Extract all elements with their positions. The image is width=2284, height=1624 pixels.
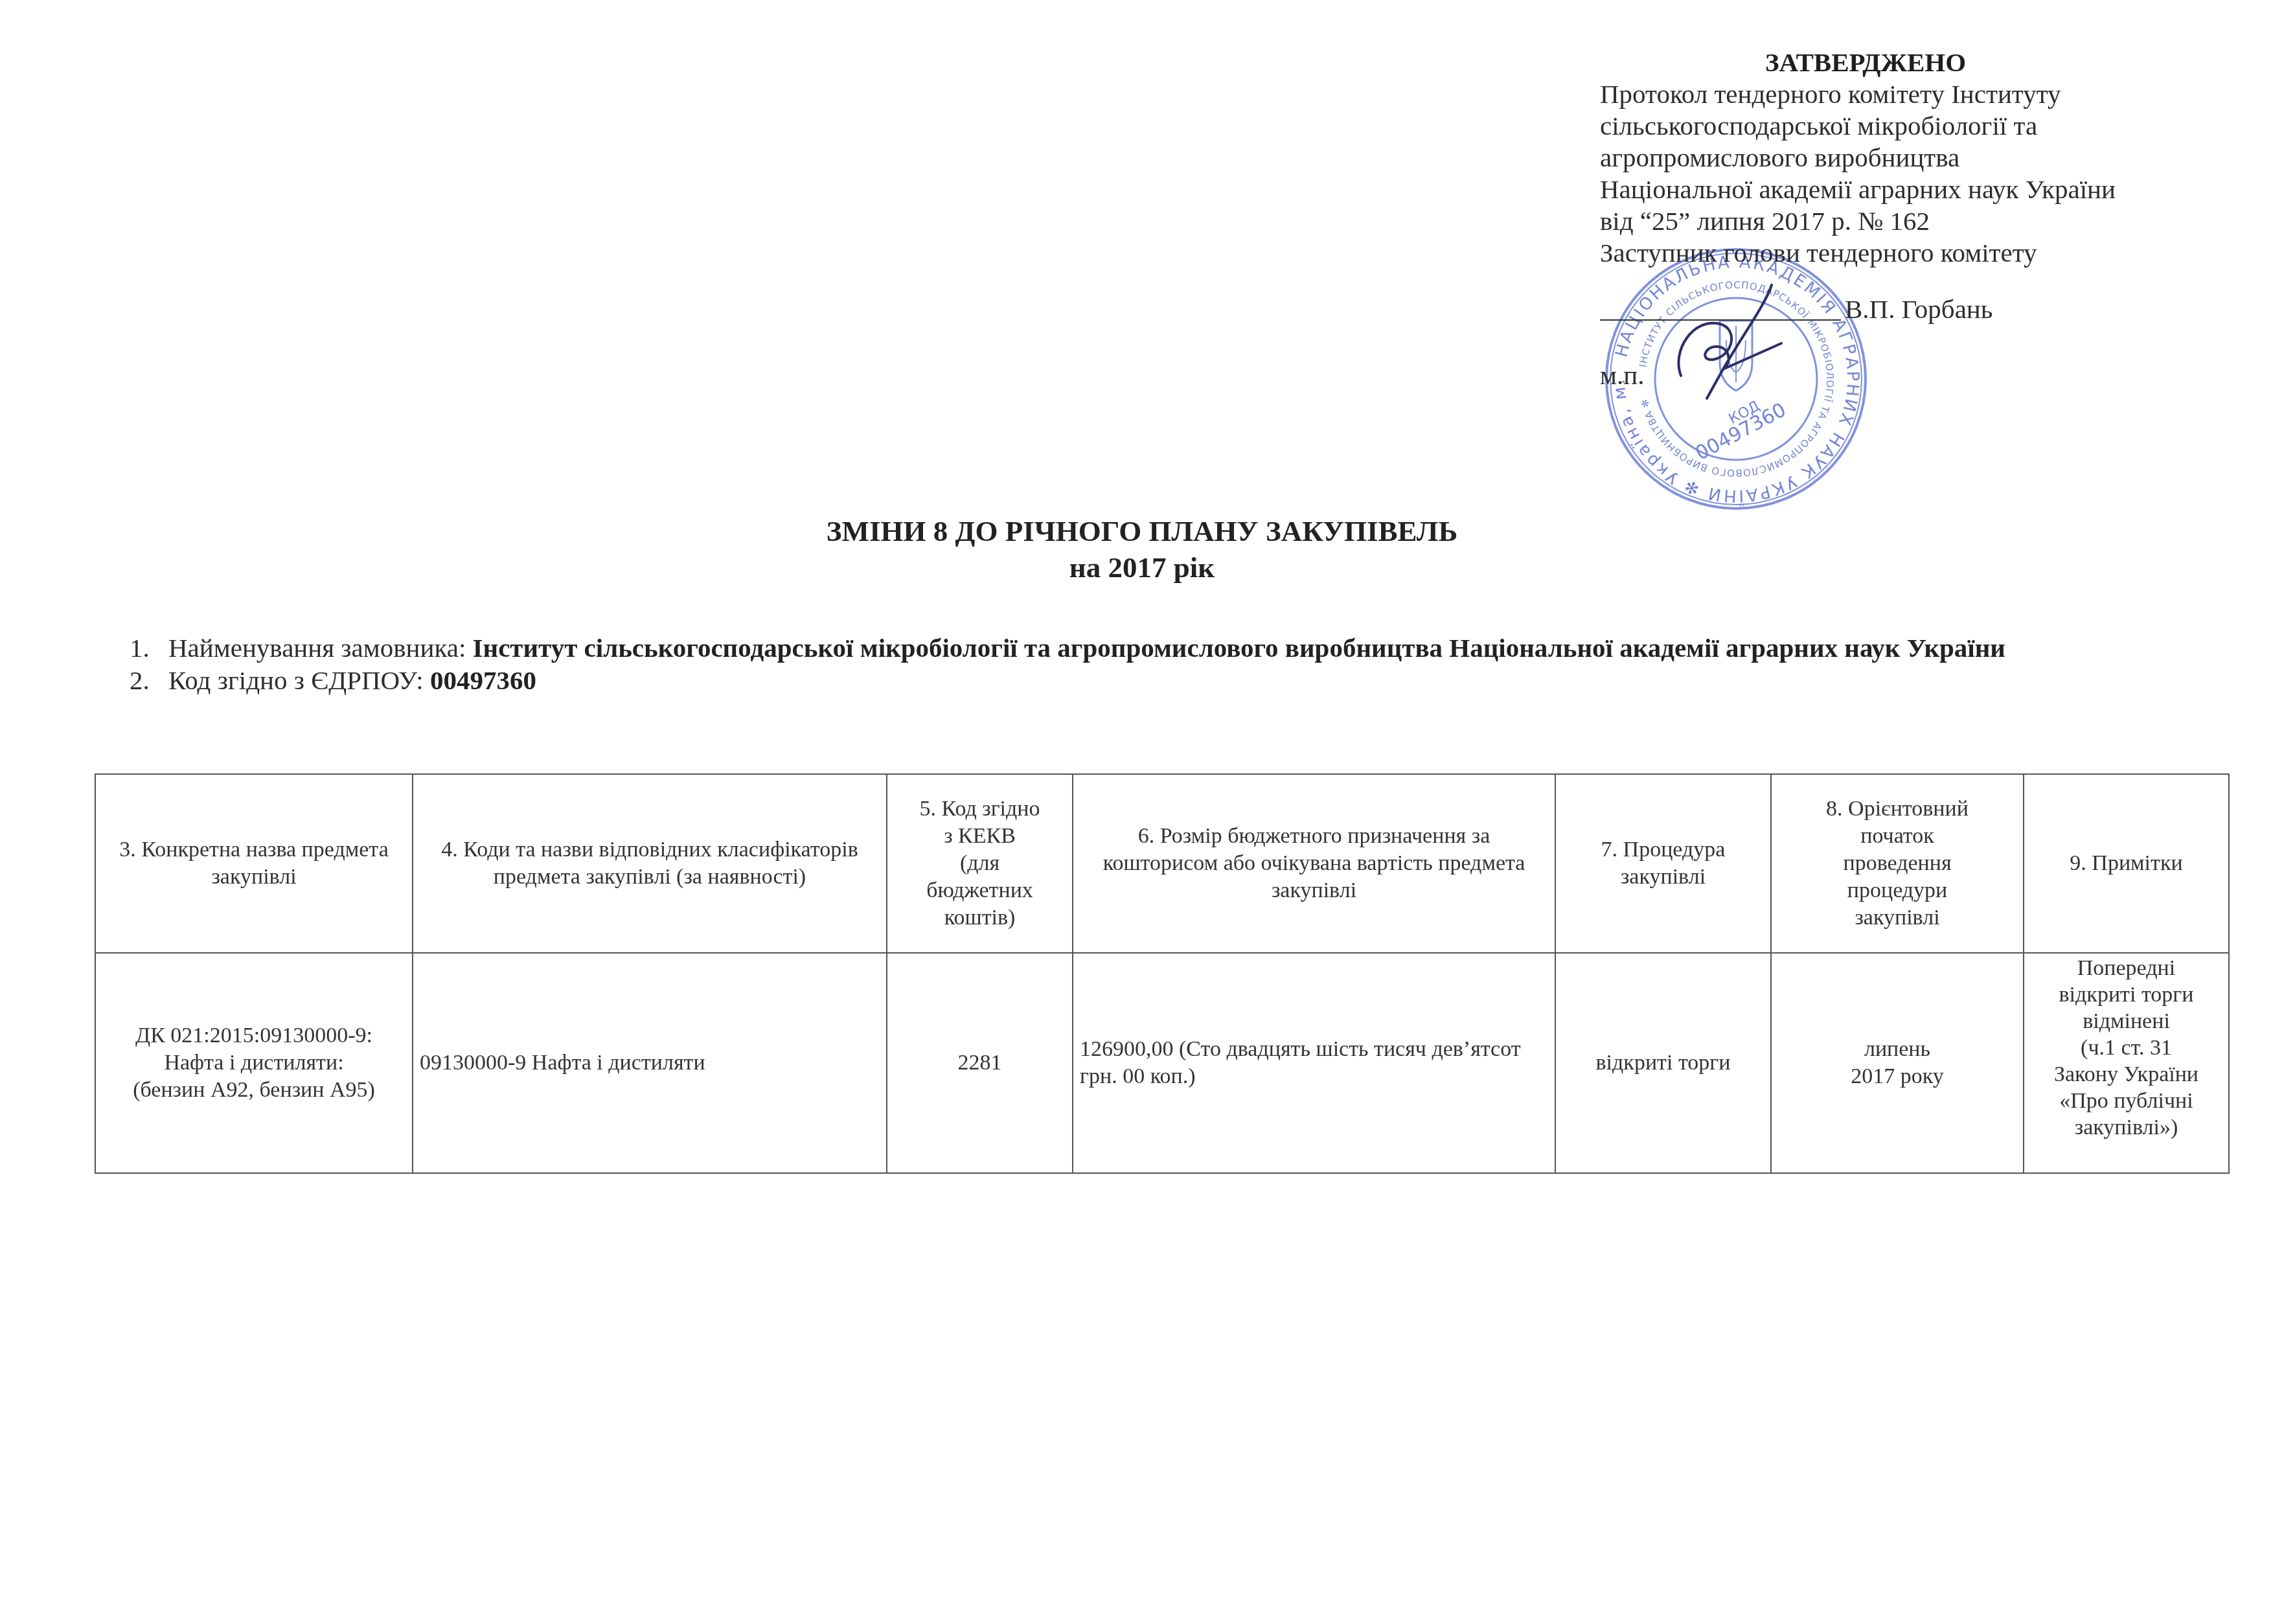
- document-subtitle: на 2017 рік: [0, 549, 2284, 586]
- approval-line: сільськогосподарської мікробіології та: [1600, 110, 2222, 142]
- header-subject: 3. Конкретна назва предмета закупівлі: [95, 774, 413, 953]
- approval-position-line: Заступник голови тендерного комітету: [1600, 237, 2222, 269]
- customer-name-item: 1. Найменування замовника: Інститут сіль…: [130, 632, 2170, 664]
- signer-name: В.П. Горбань: [1845, 293, 1993, 325]
- header-amount: 6. Розмір бюджетного призначення за кошт…: [1073, 774, 1555, 953]
- header-classifier: 4. Коди та назви відповідних класифікато…: [413, 774, 887, 953]
- cell-start-date: липень 2017 року: [1771, 953, 2024, 1173]
- header-kekv: 5. Код згідно з КЕКВ (для бюджетних кошт…: [887, 774, 1073, 953]
- table-row: ДК 021:2015:09130000-9: Нафта і дистилят…: [95, 953, 2229, 1173]
- customer-code-label: Код згідно з ЄДРПОУ:: [168, 665, 430, 695]
- customer-code-item: 2. Код згідно з ЄДРПОУ: 00497360: [130, 664, 2170, 696]
- table-header-row: 3. Конкретна назва предмета закупівлі 4.…: [95, 774, 2229, 953]
- handwritten-signature-icon: [1668, 279, 1791, 408]
- customer-code-value: 00497360: [430, 665, 536, 695]
- cell-amount: 126900,00 (Сто двадцять шість тисяч дев’…: [1073, 953, 1555, 1173]
- customer-name-value: Інститут сільськогосподарської мікробіол…: [473, 633, 2005, 663]
- approval-date-line: від “25” липня 2017 р. № 162: [1600, 205, 2222, 237]
- approved-title: ЗАТВЕРДЖЕНО: [1600, 47, 2131, 78]
- cell-classifier: 09130000-9 Нафта і дистиляти: [413, 953, 887, 1173]
- item-number: 2.: [130, 664, 150, 696]
- approval-line: Національної академії аграрних наук Укра…: [1600, 174, 2222, 205]
- header-start-date: 8. Орієнтовний початок проведення процед…: [1771, 774, 2024, 953]
- item-number: 1.: [130, 632, 150, 664]
- customer-name-label: Найменування замовника:: [168, 633, 473, 663]
- cell-subject: ДК 021:2015:09130000-9: Нафта і дистилят…: [95, 953, 413, 1173]
- header-procedure: 7. Процедура закупівлі: [1555, 774, 1771, 953]
- procurement-plan-table: 3. Конкретна назва предмета закупівлі 4.…: [95, 773, 2230, 1174]
- cell-notes: Попередні відкриті торги відмінені (ч.1 …: [2024, 953, 2229, 1173]
- header-notes: 9. Примітки: [2024, 774, 2229, 953]
- customer-info: 1. Найменування замовника: Інститут сіль…: [130, 632, 2170, 696]
- document-title-block: ЗМІНИ 8 ДО РІЧНОГО ПЛАНУ ЗАКУПІВЕЛЬ на 2…: [0, 513, 2284, 586]
- cell-procedure: відкриті торги: [1555, 953, 1771, 1173]
- document-title: ЗМІНИ 8 ДО РІЧНОГО ПЛАНУ ЗАКУПІВЕЛЬ: [0, 513, 2284, 549]
- approval-line: агропромислового виробництва: [1600, 142, 2222, 174]
- cell-kekv: 2281: [887, 953, 1073, 1173]
- approval-line: Протокол тендерного комітету Інституту: [1600, 78, 2222, 110]
